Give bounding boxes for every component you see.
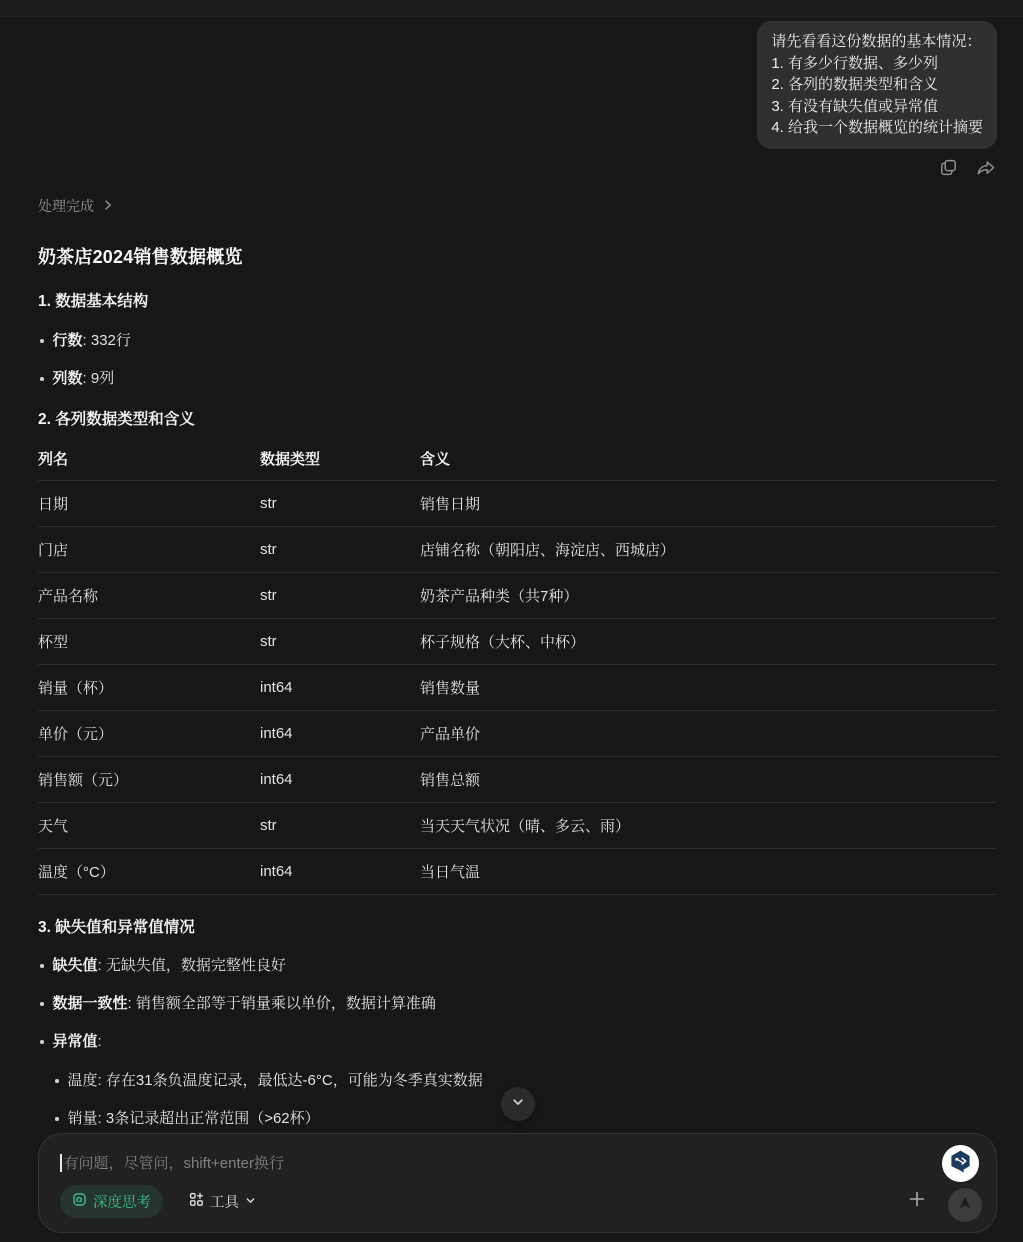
scroll-to-bottom-button[interactable] bbox=[501, 1087, 535, 1121]
cell-column-name: 产品名称 bbox=[38, 585, 260, 606]
bullet-item: 异常值: bbox=[38, 1031, 436, 1053]
cell-dtype: int64 bbox=[260, 771, 420, 788]
table-row: 杯型 str 杯子规格（大杯、中杯） bbox=[38, 619, 997, 665]
bullet-label: 异常值 bbox=[53, 1033, 98, 1050]
user-message-line: 2. 各列的数据类型和含义 bbox=[771, 74, 983, 96]
report-title: 奶茶店2024销售数据概览 bbox=[38, 243, 243, 269]
cell-meaning: 奶茶产品种类（共7种） bbox=[420, 585, 997, 606]
section-1-bullets: 行数: 332行 列数: 9列 bbox=[38, 330, 131, 390]
plus-icon bbox=[908, 1190, 926, 1213]
table-row: 天气 str 当天天气状况（晴、多云、雨） bbox=[38, 803, 997, 849]
user-message-line: 1. 有多少行数据、多少列 bbox=[771, 53, 983, 75]
cell-meaning: 店铺名称（朝阳店、海淀店、西城店） bbox=[420, 539, 997, 560]
bullet-item: 数据一致性: 销售额全部等于销量乘以单价，数据计算准确 bbox=[38, 993, 436, 1015]
deep-think-icon bbox=[72, 1192, 87, 1211]
composer-toolbar: 深度思考 工具 bbox=[60, 1185, 256, 1218]
chat-input[interactable]: 有问题，尽管问，shift+enter换行 bbox=[60, 1152, 284, 1173]
table-row: 产品名称 str 奶茶产品种类（共7种） bbox=[38, 573, 997, 619]
section-3-heading: 3. 缺失值和异常值情况 bbox=[38, 915, 195, 937]
send-button[interactable] bbox=[948, 1188, 982, 1222]
cell-meaning: 当日气温 bbox=[420, 861, 997, 882]
bullet-label: 缺失值 bbox=[53, 957, 98, 974]
cell-column-name: 销售额（元） bbox=[38, 769, 260, 790]
bullet-dot bbox=[40, 377, 44, 381]
user-message-line: 请先看看这份数据的基本情况： bbox=[771, 31, 983, 53]
bullet-dot bbox=[55, 1117, 59, 1121]
bullet-item: 行数: 332行 bbox=[38, 330, 131, 352]
user-message-line: 4. 给我一个数据概览的统计摘要 bbox=[771, 117, 983, 139]
bullet-label: 温度 bbox=[68, 1072, 98, 1089]
cell-column-name: 门店 bbox=[38, 539, 260, 560]
deep-think-toggle[interactable]: 深度思考 bbox=[60, 1185, 163, 1218]
table-header-name: 列名 bbox=[38, 448, 260, 469]
bullet-dot bbox=[40, 1040, 44, 1044]
bullet-label: 行数 bbox=[53, 332, 83, 349]
message-actions bbox=[937, 159, 996, 181]
cell-meaning: 杯子规格（大杯、中杯） bbox=[420, 631, 997, 652]
table-row: 销量（杯） int64 销售数量 bbox=[38, 665, 997, 711]
cell-column-name: 销量（杯） bbox=[38, 677, 260, 698]
table-row: 销售额（元） int64 销售总额 bbox=[38, 757, 997, 803]
cell-dtype: str bbox=[260, 495, 420, 512]
window-title-bar bbox=[0, 0, 1023, 17]
send-arrow-icon bbox=[956, 1194, 974, 1217]
cell-dtype: str bbox=[260, 633, 420, 650]
bullet-item: 列数: 9列 bbox=[38, 368, 131, 390]
section-1-heading: 1. 数据基本结构 bbox=[38, 289, 148, 311]
cell-dtype: int64 bbox=[260, 863, 420, 880]
table-body: 日期 str 销售日期 门店 str 店铺名称（朝阳店、海淀店、西城店） 产品名… bbox=[38, 481, 997, 895]
table-row: 温度（°C） int64 当日气温 bbox=[38, 849, 997, 895]
tools-grid-icon bbox=[189, 1192, 204, 1211]
table-header-dtype: 数据类型 bbox=[260, 448, 420, 469]
table-row: 门店 str 店铺名称（朝阳店、海淀店、西城店） bbox=[38, 527, 997, 573]
cell-dtype: str bbox=[260, 541, 420, 558]
bullet-dot bbox=[40, 1002, 44, 1006]
tools-menu-button[interactable]: 工具 bbox=[189, 1191, 256, 1212]
bullet-text: : 332行 bbox=[83, 332, 131, 349]
bullet-text: : 3条记录超出正常范围（>62杯） bbox=[98, 1110, 320, 1127]
cell-column-name: 单价（元） bbox=[38, 723, 260, 744]
processing-status-label: 处理完成 bbox=[38, 196, 94, 216]
share-icon bbox=[975, 157, 996, 183]
sub-bullet-item: 销量: 3条记录超出正常范围（>62杯） bbox=[53, 1108, 483, 1130]
cell-dtype: int64 bbox=[260, 679, 420, 696]
cell-dtype: str bbox=[260, 587, 420, 604]
bullet-text: : 销售额全部等于销量乘以单价，数据计算准确 bbox=[128, 995, 436, 1012]
table-row: 单价（元） int64 产品单价 bbox=[38, 711, 997, 757]
table-row: 日期 str 销售日期 bbox=[38, 481, 997, 527]
chat-page: 请先看看这份数据的基本情况：1. 有多少行数据、多少列2. 各列的数据类型和含义… bbox=[0, 0, 1023, 1242]
bullet-label: 列数 bbox=[53, 370, 83, 387]
cell-meaning: 产品单价 bbox=[420, 723, 997, 744]
chevron-right-icon bbox=[102, 198, 114, 214]
cell-column-name: 天气 bbox=[38, 815, 260, 836]
bullet-dot bbox=[40, 964, 44, 968]
bullet-label: 数据一致性 bbox=[53, 995, 128, 1012]
cell-column-name: 杯型 bbox=[38, 631, 260, 652]
chat-input-placeholder: 有问题，尽管问，shift+enter换行 bbox=[64, 1152, 284, 1173]
section-3-bullets: 缺失值: 无缺失值，数据完整性良好 数据一致性: 销售额全部等于销量乘以单价，数… bbox=[38, 955, 436, 1053]
copy-button[interactable] bbox=[937, 159, 959, 181]
app-logo-icon bbox=[946, 1147, 975, 1181]
bullet-item: 缺失值: 无缺失值，数据完整性良好 bbox=[38, 955, 436, 977]
cell-meaning: 销售日期 bbox=[420, 493, 997, 514]
text-caret bbox=[60, 1154, 62, 1172]
bullet-dot bbox=[55, 1079, 59, 1083]
copy-icon bbox=[939, 158, 958, 182]
section-3-sub-bullets: 温度: 存在31条负温度记录，最低达-6°C，可能为冬季真实数据 销量: 3条记… bbox=[53, 1070, 483, 1130]
assistant-logo-button[interactable] bbox=[942, 1145, 979, 1182]
chat-composer: 有问题，尽管问，shift+enter换行 bbox=[38, 1133, 997, 1233]
cell-dtype: int64 bbox=[260, 725, 420, 742]
attach-button[interactable] bbox=[906, 1190, 928, 1212]
bullet-text: : 存在31条负温度记录，最低达-6°C，可能为冬季真实数据 bbox=[98, 1072, 483, 1089]
bullet-label: 销量 bbox=[68, 1110, 98, 1127]
cell-column-name: 温度（°C） bbox=[38, 861, 260, 882]
bullet-text: : 9列 bbox=[83, 370, 115, 387]
chevron-down-icon bbox=[511, 1095, 525, 1114]
chevron-down-icon bbox=[245, 1194, 256, 1210]
cell-meaning: 销售数量 bbox=[420, 677, 997, 698]
columns-table: 列名 数据类型 含义 日期 str 销售日期 门店 str 店铺名称（朝阳店、海… bbox=[38, 437, 997, 895]
sub-bullet-item: 温度: 存在31条负温度记录，最低达-6°C，可能为冬季真实数据 bbox=[53, 1070, 483, 1092]
section-2-heading: 2. 各列数据类型和含义 bbox=[38, 407, 195, 429]
cell-meaning: 当天天气状况（晴、多云、雨） bbox=[420, 815, 997, 836]
table-header-meaning: 含义 bbox=[420, 448, 997, 469]
bullet-text: : bbox=[98, 1033, 102, 1050]
tools-label: 工具 bbox=[210, 1191, 239, 1212]
cell-column-name: 日期 bbox=[38, 493, 260, 514]
deep-think-label: 深度思考 bbox=[93, 1191, 151, 1212]
share-button[interactable] bbox=[974, 159, 996, 181]
user-message-line: 3. 有没有缺失值或异常值 bbox=[771, 96, 983, 118]
table-header-row: 列名 数据类型 含义 bbox=[38, 437, 997, 481]
cell-dtype: str bbox=[260, 817, 420, 834]
cell-meaning: 销售总额 bbox=[420, 769, 997, 790]
user-message-bubble: 请先看看这份数据的基本情况：1. 有多少行数据、多少列2. 各列的数据类型和含义… bbox=[757, 21, 997, 149]
processing-status[interactable]: 处理完成 bbox=[38, 196, 114, 216]
bullet-dot bbox=[40, 339, 44, 343]
bullet-text: : 无缺失值，数据完整性良好 bbox=[98, 957, 286, 974]
